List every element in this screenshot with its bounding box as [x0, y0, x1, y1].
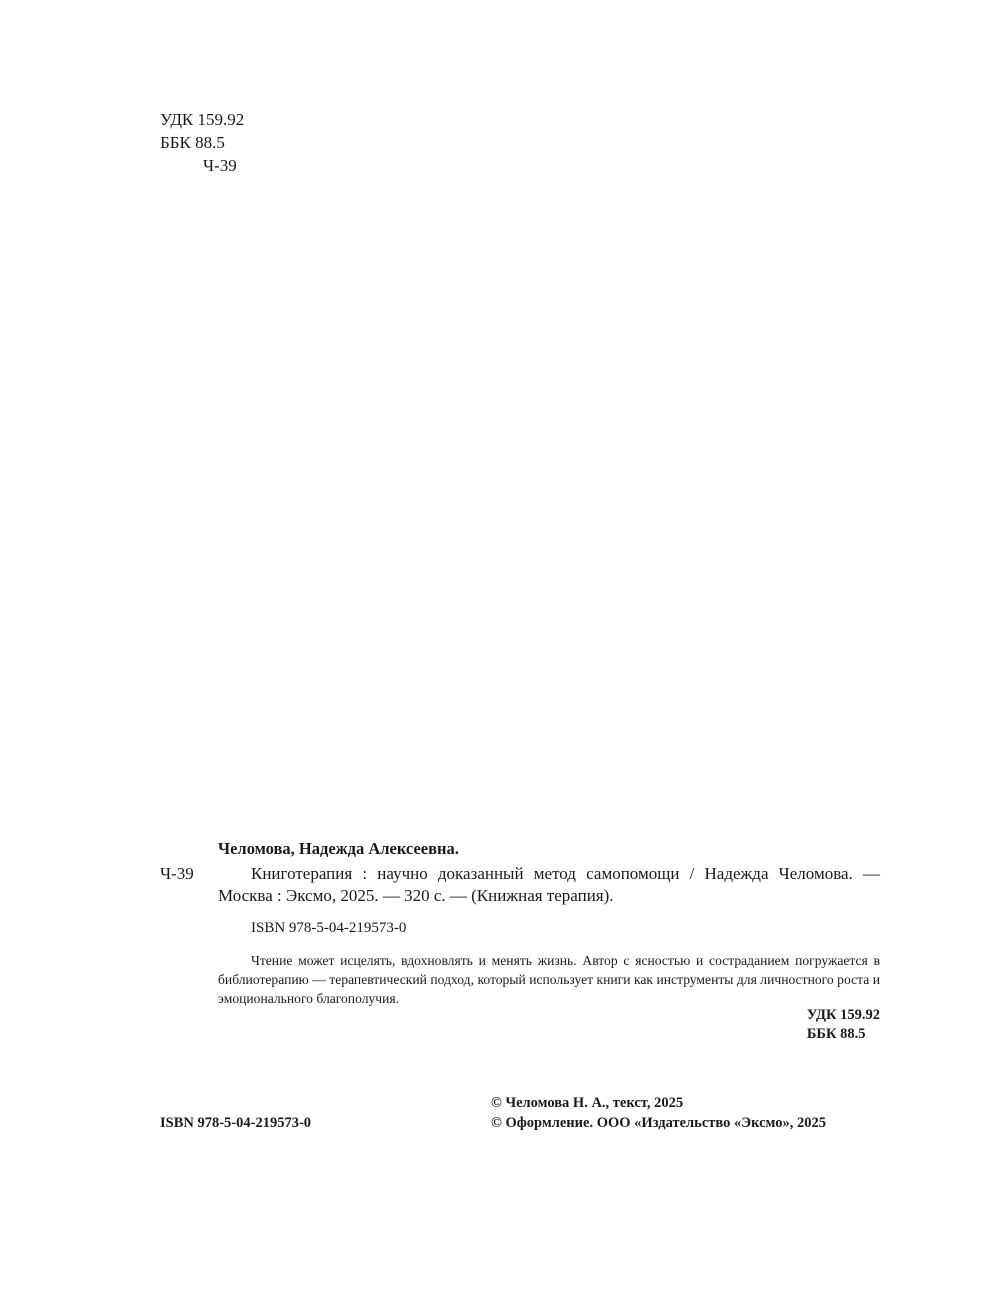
copyright-design: © Оформление. ООО «Издательство «Эксмо»,… — [491, 1113, 826, 1133]
author-heading: Челомова, Надежда Алексеевна. — [218, 838, 459, 860]
udk-code-card: УДК 159.92 — [807, 1006, 880, 1025]
copyright-text: © Челомова Н. А., текст, 2025 — [491, 1093, 826, 1113]
classification-codes-card: УДК 159.92 ББК 88.5 — [807, 1006, 880, 1044]
isbn-line: ISBN 978-5-04-219573-0 — [251, 918, 406, 938]
isbn-footer: ISBN 978-5-04-219573-0 — [160, 1113, 311, 1133]
copyright-block: © Челомова Н. А., текст, 2025 © Оформлен… — [491, 1093, 826, 1133]
udk-code: УДК 159.92 — [160, 108, 244, 131]
cutter-mark: Ч-39 — [160, 863, 194, 885]
bbk-code-card: ББК 88.5 — [807, 1025, 880, 1044]
bbk-code: ББК 88.5 — [160, 131, 244, 154]
classification-codes-top: УДК 159.92 ББК 88.5 Ч-39 — [160, 108, 244, 177]
cutter-code: Ч-39 — [160, 154, 244, 177]
bibliographic-description: Книготерапия : научно доказанный метод с… — [218, 863, 880, 907]
annotation: Чтение может исцелять, вдохновлять и мен… — [218, 951, 880, 1008]
